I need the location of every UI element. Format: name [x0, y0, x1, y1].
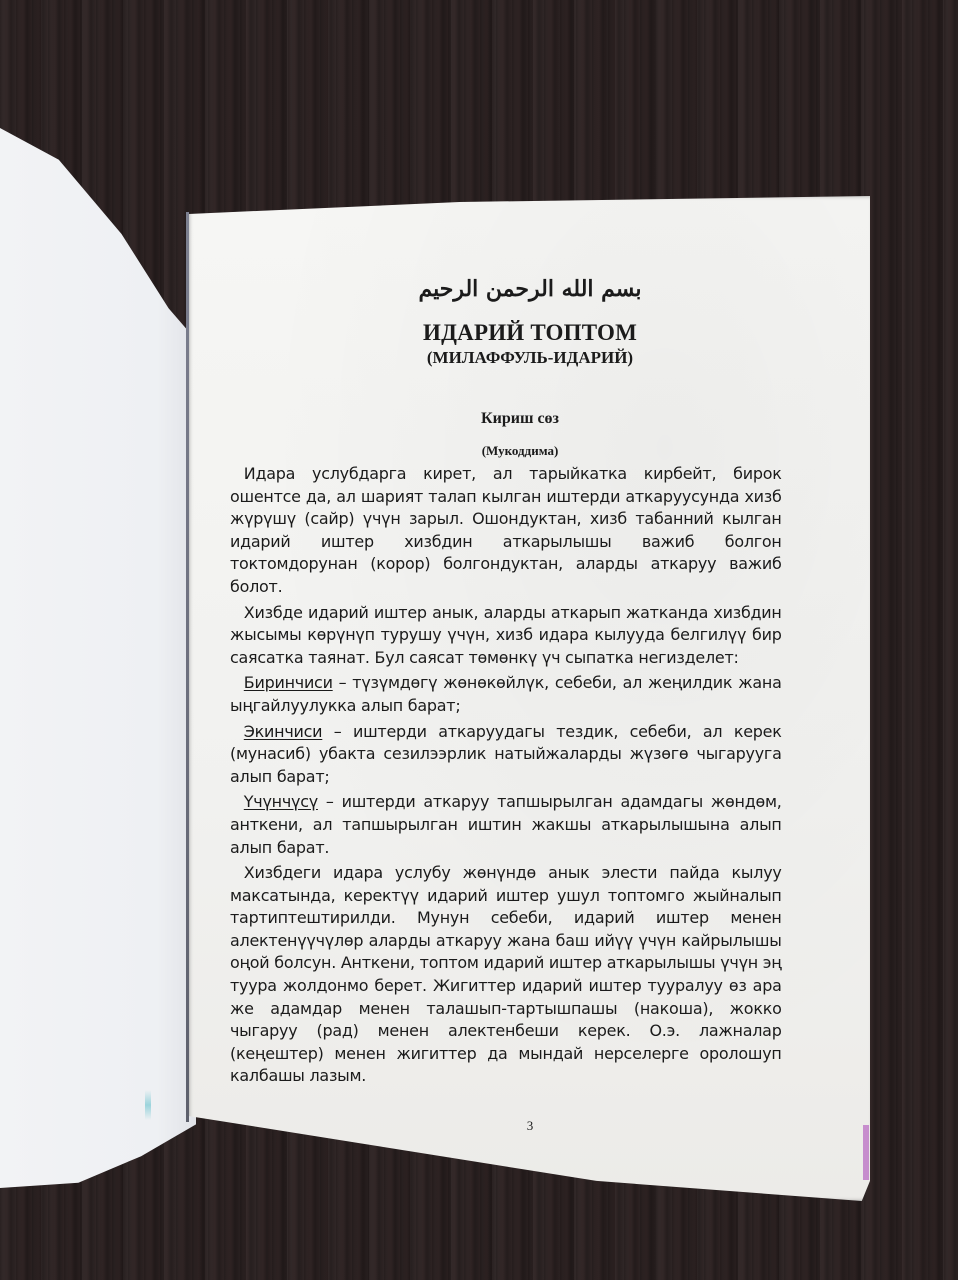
list-item: Биринчиси – түзүмдөгү жөнөкөйлүк, себеби…: [230, 672, 782, 717]
list-item-lead: Үчүнчүсү: [244, 792, 318, 811]
list-item-lead: Экинчиси: [244, 722, 323, 741]
page-edge-mark: [863, 1125, 869, 1180]
section-subheading: (Мукоддима): [250, 443, 790, 459]
paragraph: Хизбде идарий иштер анык, аларды аткарып…: [230, 602, 782, 670]
book-gutter: [186, 212, 189, 1122]
page-number: 3: [250, 1118, 810, 1134]
page-title: ИДАРИЙ ТОПТОМ: [270, 320, 790, 346]
left-page: [0, 128, 196, 1188]
ink-mark: [145, 1090, 151, 1120]
page-content: بسم الله الرحمن الرحيم ИДАРИЙ ТОПТОМ (МИ…: [230, 276, 790, 1088]
body-text: Идара услубдарга кирет, ал тарыйкатка ки…: [230, 463, 782, 1088]
list-item: Экинчиси – иштерди аткаруудагы тездик, с…: [230, 721, 782, 789]
list-item-lead: Биринчиси: [244, 673, 333, 692]
section-heading: Кириш сөз: [250, 410, 790, 428]
page-subtitle: (МИЛАФФУЛЬ-ИДАРИЙ): [270, 348, 790, 368]
paragraph: Хизбдеги идара услубу жөнүндө анык элест…: [230, 862, 782, 1088]
basmala: بسم الله الرحمن الرحيم: [270, 276, 790, 310]
paragraph: Идара услубдарга кирет, ал тарыйкатка ки…: [230, 463, 782, 599]
list-item: Үчүнчүсү – иштерди аткаруу тапшырылган а…: [230, 791, 782, 859]
